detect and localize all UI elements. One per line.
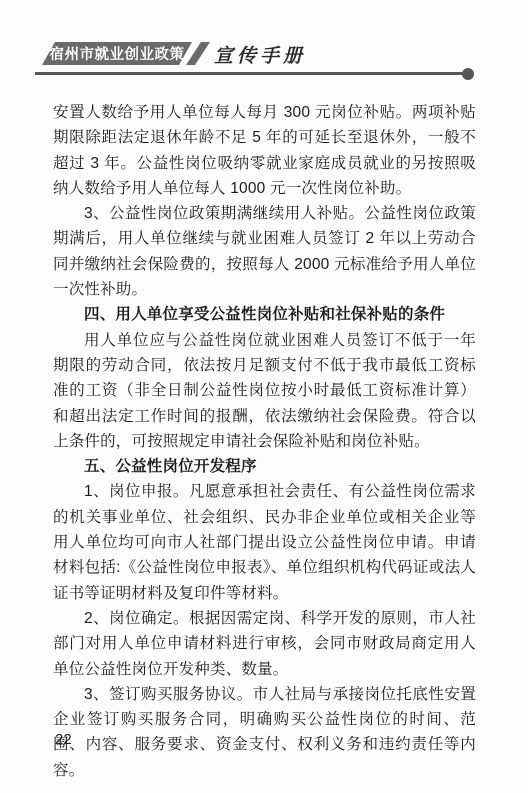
page-body: 安置人数给予用人单位每人每月 300 元岗位补贴。两项补贴期限除距法定退休年龄不… [53,100,476,783]
handbook-page: 宿州市就业创业政策 宣传手册 安置人数给予用人单位每人每月 300 元岗位补贴。… [0,0,528,793]
paragraph-section-4-conditions: 用人单位应与公益性岗位就业困难人员签订不低于一年期限的劳动合同，依法按月足额支付… [53,328,476,454]
page-number: 22 [55,731,72,748]
header-rule [35,72,469,75]
header-badge: 宿州市就业创业政策 [42,42,192,65]
paragraph-step-3-agreement: 3、签订购买服务协议。市人社局与承接岗位托底性安置企业签订购买服务合同，明确购买… [53,682,476,783]
paragraph-continuation: 安置人数给予用人单位每人每月 300 元岗位补贴。两项补贴期限除距法定退休年龄不… [53,100,476,201]
paragraph-step-1-declaration: 1、岗位申报。凡愿意承担社会责任、有公益性岗位需求的机关事业单位、社会组织、民办… [53,479,476,605]
section-heading-5: 五、公益性岗位开发程序 [53,454,476,479]
header-rule-dot [462,68,474,80]
header-subtitle: 宣传手册 [214,41,306,67]
section-heading-4: 四、用人单位享受公益性岗位补贴和社保补贴的条件 [53,302,476,327]
header-badge-label: 宿州市就业创业政策 [50,43,185,64]
paragraph-step-2-determination: 2、岗位确定。根据因需定岗、科学开发的原则，市人社部门对用人单位申请材料进行审核… [53,606,476,682]
paragraph-item-3-subsidy: 3、公益性岗位政策期满继续用人补贴。公益性岗位政策期满后，用人单位继续与就业困难… [53,201,476,302]
